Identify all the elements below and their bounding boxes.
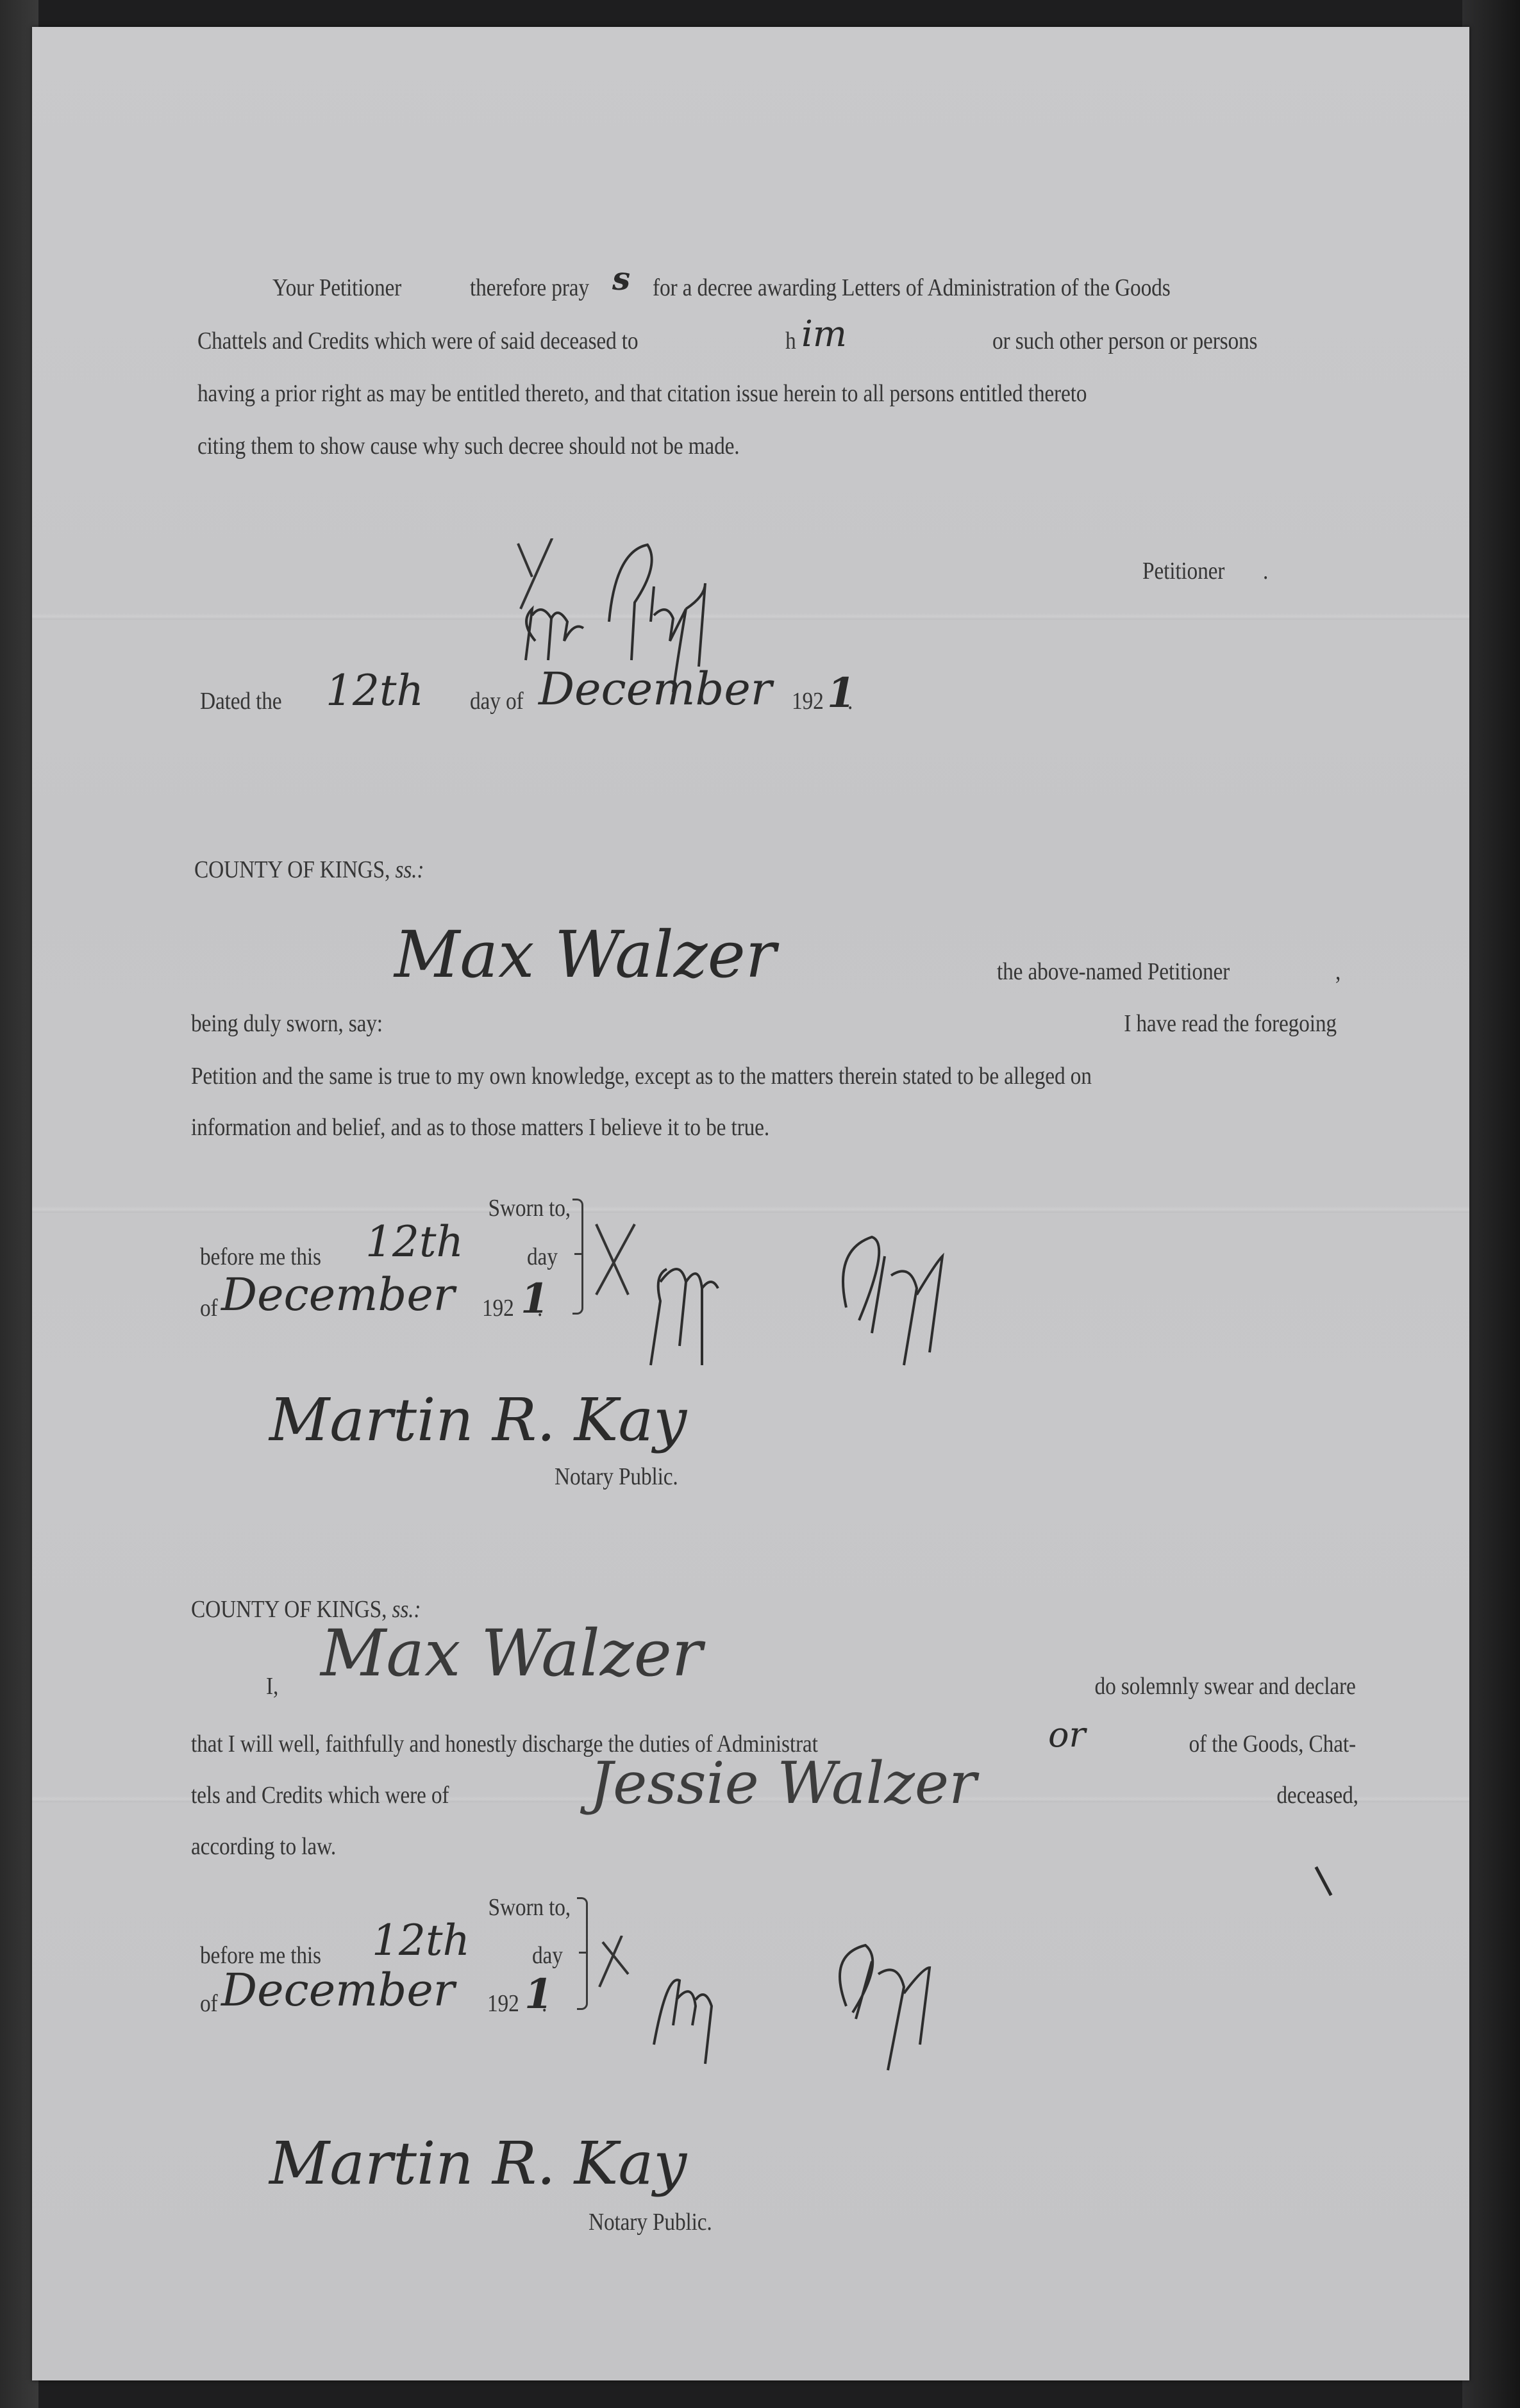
petitioner-label: Petitioner	[1142, 559, 1224, 583]
prayer-line-4: citing them to show cause why such decre…	[197, 434, 739, 458]
swear-declare: do solemnly swear and declare	[1095, 1674, 1356, 1698]
oath-line-2-suffix: or	[1048, 1718, 1085, 1752]
administrator-signature-icon	[596, 1936, 1058, 2089]
sworn-day: 12th	[372, 1920, 470, 1962]
year-suffix: 1	[524, 1974, 553, 2015]
bracket-icon	[572, 1199, 583, 1315]
sworn-to: Sworn to,	[489, 1196, 571, 1220]
dated-month: December	[539, 667, 772, 711]
sworn-month: December	[221, 1272, 455, 1317]
oath-line-2b: of the Goods, Chat-	[1189, 1732, 1356, 1756]
prayer-line-2a: Chattels and Credits which were of said …	[197, 329, 638, 353]
scanner-background-right	[1462, 0, 1520, 2408]
oath-line-3b: deceased,	[1277, 1783, 1358, 1807]
year-suffix: 1	[521, 1279, 549, 1320]
petitioner-label-punct: .	[1263, 559, 1268, 583]
bracket-tip-icon	[574, 1253, 583, 1255]
being-duly-sworn: being duly sworn, say:	[191, 1011, 383, 1036]
oath-line-3a: tels and Credits which were of	[191, 1783, 449, 1807]
year-prefix: 192	[482, 1296, 514, 1320]
notary-signature: Martin R. Kay	[269, 1391, 687, 1450]
affidavit-venue: COUNTY OF KINGS, ss.:	[194, 858, 424, 882]
dated-year-prefix: 192	[792, 689, 824, 713]
administrator-name-handwritten: Max Walzer	[321, 1622, 703, 1686]
prayer-line-3: having a prior right as may be entitled …	[197, 381, 1087, 406]
year-end: .	[542, 1991, 547, 2016]
year-prefix: 192	[487, 1991, 519, 2016]
prayer-line-1c: for a decree awarding Letters of Adminis…	[653, 276, 1171, 300]
dated-end: .	[848, 689, 853, 713]
affiant-name-handwritten: Max Walzer	[394, 923, 776, 987]
paper-fold-line	[32, 1206, 1469, 1213]
of-label: of	[200, 1296, 218, 1320]
sworn-day: 12th	[365, 1221, 464, 1263]
above-named-punct: ,	[1335, 959, 1340, 984]
venue-ss: ss.:	[395, 856, 424, 883]
day-label: day	[527, 1245, 558, 1269]
prayer-line-1a: Your Petitioner	[272, 276, 401, 300]
year-end: .	[537, 1296, 542, 1320]
dated-day-of: day of	[470, 689, 523, 713]
of-label: of	[200, 1991, 218, 2016]
have-read-foregoing: I have read the foregoing	[1124, 1011, 1337, 1036]
bracket-icon	[577, 1897, 588, 2010]
deceased-name-handwritten: Jessie Walzer	[590, 1755, 976, 1813]
dated-day: 12th	[326, 670, 424, 712]
handwritten-pray-suffix: s	[612, 263, 630, 295]
notary-public-label: Notary Public.	[555, 1465, 678, 1489]
venue-text: COUNTY OF KINGS,	[194, 856, 390, 883]
prayer-line-1b: therefore pray	[470, 276, 589, 300]
notary-public-label: Notary Public.	[589, 2210, 712, 2234]
affidavit-line-4: information and belief, and as to those …	[191, 1115, 769, 1140]
prayer-line-2c: or such other person or persons	[992, 329, 1257, 353]
dated-label: Dated the	[200, 689, 281, 713]
handwritten-pronoun-suffix: im	[801, 317, 847, 353]
prayer-line-2b: h	[785, 329, 796, 353]
before-me-this: before me this	[200, 1245, 321, 1269]
oath-line-4: according to law.	[191, 1834, 336, 1859]
notary-signature: Martin R. Kay	[269, 2134, 687, 2193]
sworn-to: Sworn to,	[489, 1895, 571, 1920]
sworn-month: December	[221, 1968, 455, 2013]
day-label: day	[532, 1943, 563, 1968]
affiant-signature-icon	[590, 1218, 1039, 1384]
oath-i-label: I,	[266, 1674, 278, 1698]
bracket-tip-icon	[579, 1952, 588, 1954]
above-named-petitioner: the above-named Petitioner	[997, 959, 1230, 984]
affidavit-line-3: Petition and the same is true to my own …	[191, 1064, 1092, 1088]
